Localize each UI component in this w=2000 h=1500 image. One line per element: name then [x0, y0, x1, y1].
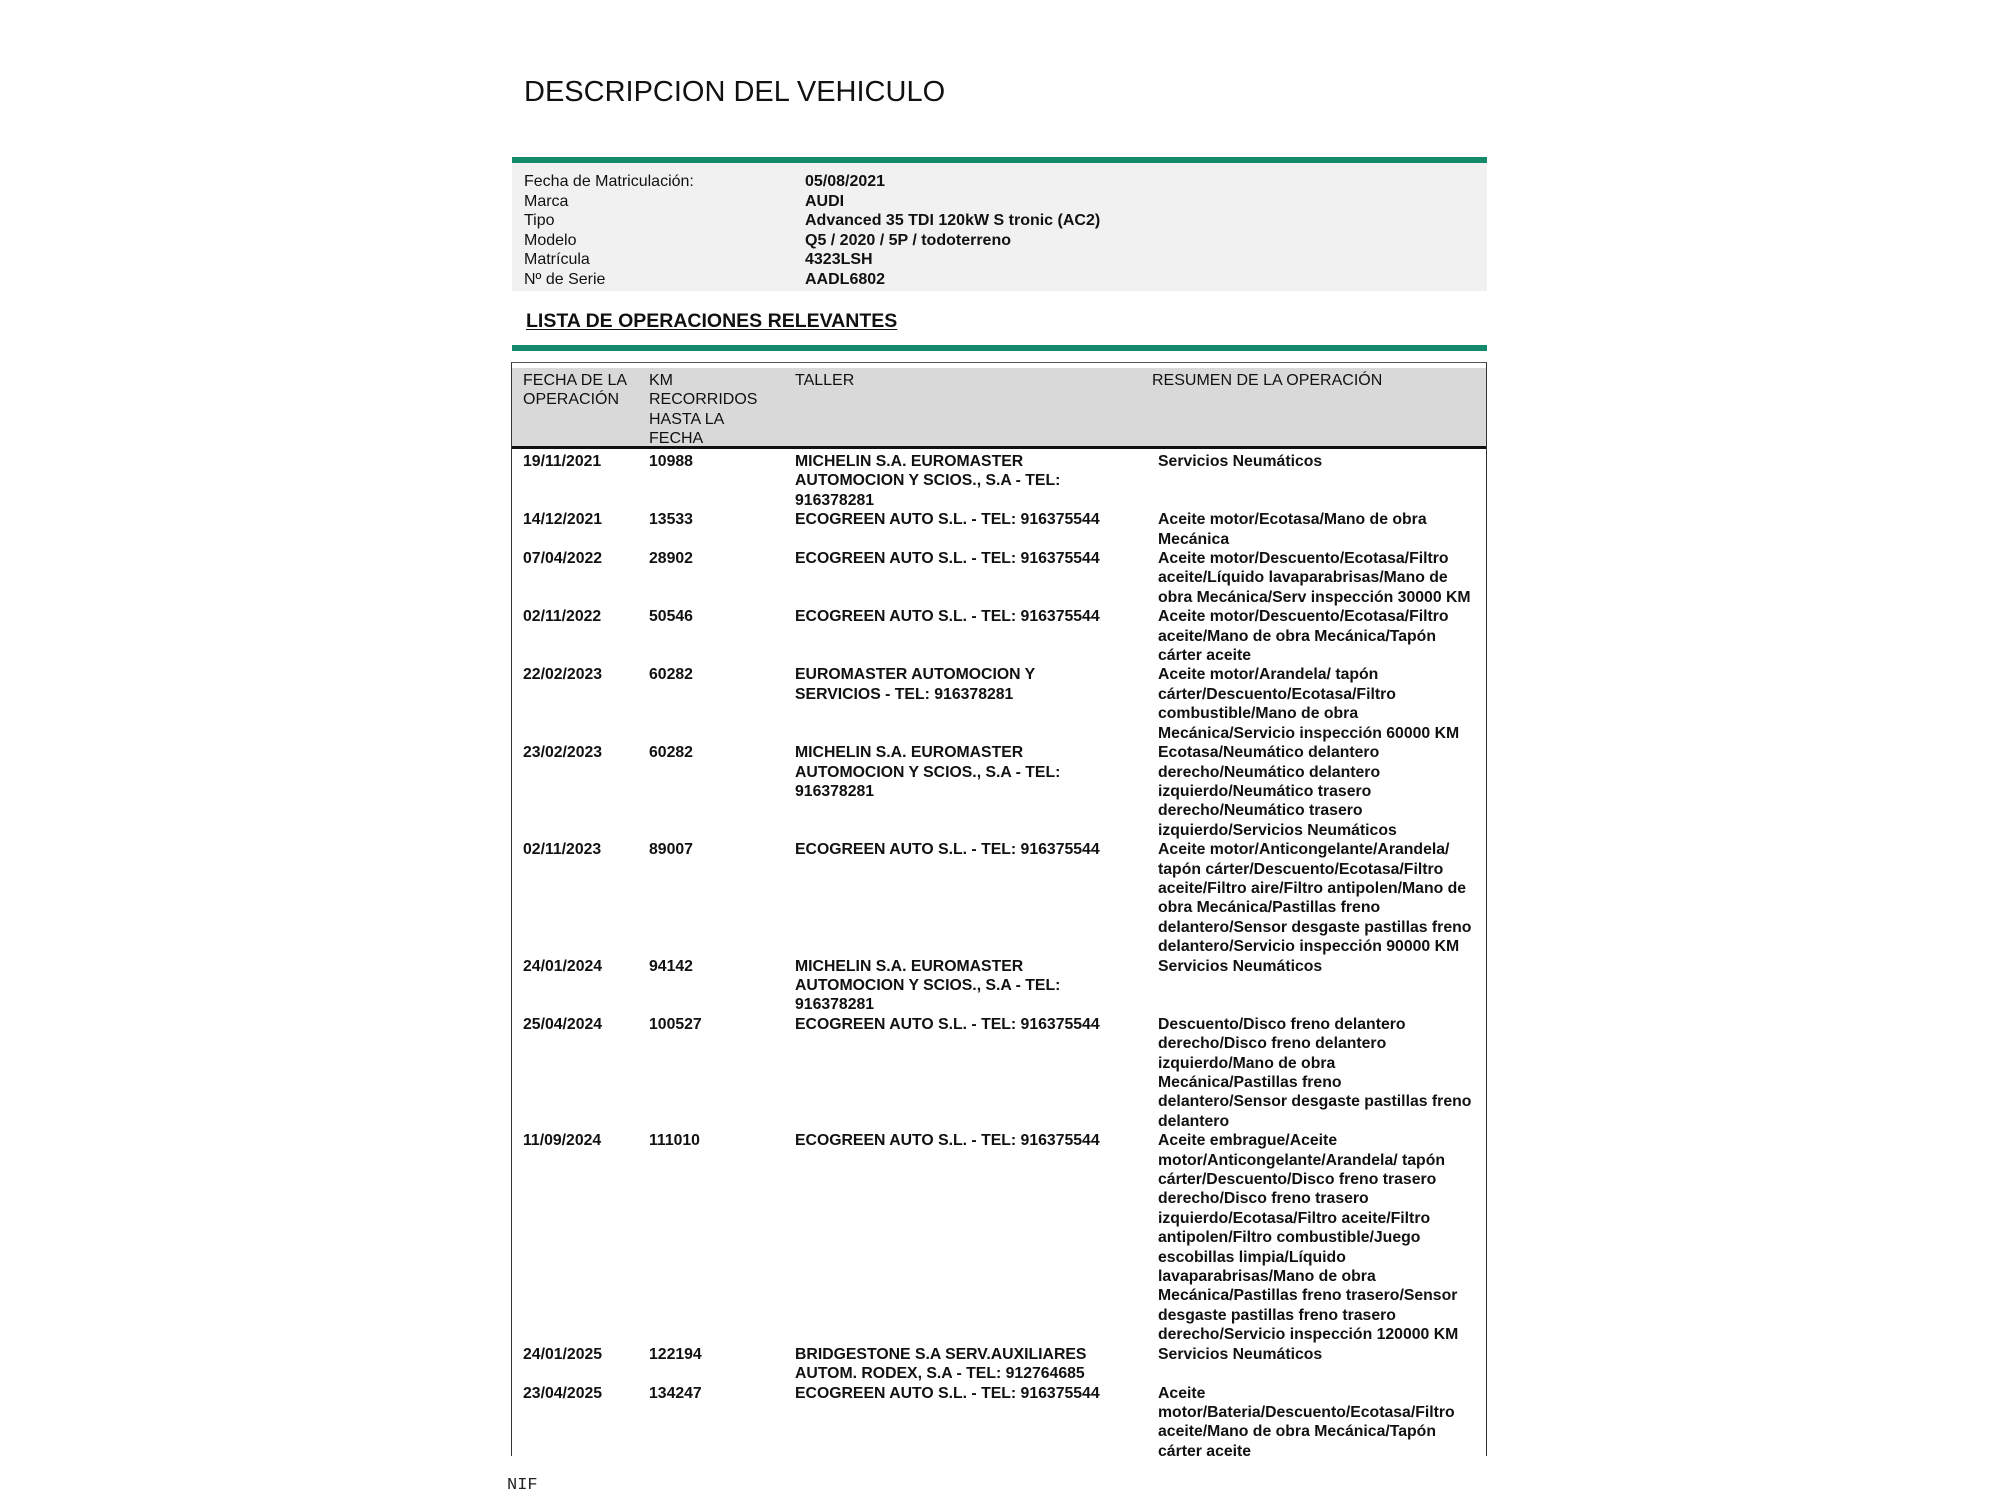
cell-fecha: 22/02/2023 — [512, 665, 638, 743]
cell-taller: ECOGREEN AUTO S.L. - TEL: 916375544 — [784, 549, 1152, 607]
vehicle-info-label: Nº de Serie — [524, 270, 605, 290]
cell-fecha: 23/04/2025 — [512, 1384, 638, 1457]
cell-resumen: Descuento/Disco freno delantero derecho/… — [1152, 1015, 1485, 1131]
cell-fecha: 11/09/2024 — [512, 1131, 638, 1344]
table-row: 24/01/2025122194BRIDGESTONE S.A SERV.AUX… — [512, 1345, 1486, 1384]
cell-fecha: 02/11/2023 — [512, 840, 638, 956]
cell-km: 89007 — [638, 840, 784, 956]
cell-taller: MICHELIN S.A. EUROMASTER AUTOMOCION Y SC… — [784, 743, 1152, 840]
vehicle-info-row: TipoAdvanced 35 TDI 120kW S tronic (AC2) — [524, 211, 1484, 231]
cell-taller: ECOGREEN AUTO S.L. - TEL: 916375544 — [784, 1015, 1152, 1131]
cell-fecha: 19/11/2021 — [512, 452, 638, 510]
vehicle-info-value: 05/08/2021 — [805, 172, 885, 192]
vehicle-info-value: AUDI — [805, 192, 844, 212]
column-header-taller: TALLER — [795, 371, 854, 390]
cell-resumen: Aceite motor/Bateria/Descuento/Ecotasa/F… — [1152, 1384, 1485, 1457]
vehicle-info-label: Modelo — [524, 231, 576, 251]
vehicle-info-row: Nº de SerieAADL6802 — [524, 270, 1484, 290]
table-row: 07/04/202228902ECOGREEN AUTO S.L. - TEL:… — [512, 549, 1486, 607]
table-row: 19/11/202110988MICHELIN S.A. EUROMASTER … — [512, 452, 1486, 510]
cell-fecha: 07/04/2022 — [512, 549, 638, 607]
column-header-resumen: RESUMEN DE LA OPERACIÓN — [1152, 371, 1382, 390]
table-row: 23/04/2025134247ECOGREEN AUTO S.L. - TEL… — [512, 1384, 1486, 1457]
cell-resumen: Ecotasa/Neumático delantero derecho/Neum… — [1152, 743, 1485, 840]
section-divider-operations — [512, 345, 1487, 351]
cell-km: 100527 — [638, 1015, 784, 1131]
cell-km: 10988 — [638, 452, 784, 510]
cell-km: 111010 — [638, 1131, 784, 1344]
cell-taller: ECOGREEN AUTO S.L. - TEL: 916375544 — [784, 1384, 1152, 1457]
cell-km: 60282 — [638, 743, 784, 840]
vehicle-info-row: Fecha de Matriculación:05/08/2021 — [524, 172, 1484, 192]
column-header-km: KM RECORRIDOS HASTA LA FECHA — [649, 371, 757, 449]
table-body: 19/11/202110988MICHELIN S.A. EUROMASTER … — [512, 452, 1486, 1456]
vehicle-info-value: 4323LSH — [805, 250, 873, 270]
vehicle-info-value: Advanced 35 TDI 120kW S tronic (AC2) — [805, 211, 1100, 231]
cell-fecha: 23/02/2023 — [512, 743, 638, 840]
table-row: 25/04/2024100527ECOGREEN AUTO S.L. - TEL… — [512, 1015, 1486, 1131]
table-row: 02/11/202250546ECOGREEN AUTO S.L. - TEL:… — [512, 607, 1486, 665]
cell-taller: ECOGREEN AUTO S.L. - TEL: 916375544 — [784, 607, 1152, 665]
cell-km: 94142 — [638, 957, 784, 1015]
column-header-fecha: FECHA DE LA OPERACIÓN — [523, 371, 627, 410]
cell-km: 28902 — [638, 549, 784, 607]
vehicle-info-label: Tipo — [524, 211, 555, 231]
vehicle-info-row: MarcaAUDI — [524, 192, 1484, 212]
cell-resumen: Servicios Neumáticos — [1152, 1345, 1485, 1384]
table-row: 24/01/202494142MICHELIN S.A. EUROMASTER … — [512, 957, 1486, 1015]
cell-taller: ECOGREEN AUTO S.L. - TEL: 916375544 — [784, 840, 1152, 956]
cell-fecha: 24/01/2024 — [512, 957, 638, 1015]
cell-resumen: Aceite motor/Anticongelante/Arandela/ ta… — [1152, 840, 1485, 956]
cell-km: 134247 — [638, 1384, 784, 1457]
vehicle-info-value: AADL6802 — [805, 270, 885, 290]
cell-fecha: 24/01/2025 — [512, 1345, 638, 1384]
table-header: FECHA DE LA OPERACIÓN KM RECORRIDOS HAST… — [512, 368, 1486, 449]
cell-taller: EUROMASTER AUTOMOCION Y SERVICIOS - TEL:… — [784, 665, 1152, 743]
document-title: DESCRIPCION DEL VEHICULO — [524, 74, 945, 110]
table-row: 22/02/202360282EUROMASTER AUTOMOCION Y S… — [512, 665, 1486, 743]
nif-label: NIF — [507, 1476, 538, 1496]
vehicle-info-row: ModeloQ5 / 2020 / 5P / todoterreno — [524, 231, 1484, 251]
cell-km: 50546 — [638, 607, 784, 665]
table-row: 02/11/202389007ECOGREEN AUTO S.L. - TEL:… — [512, 840, 1486, 956]
vehicle-info-row: Matrícula4323LSH — [524, 250, 1484, 270]
cell-resumen: Servicios Neumáticos — [1152, 452, 1485, 510]
table-row: 14/12/202113533ECOGREEN AUTO S.L. - TEL:… — [512, 510, 1486, 549]
operations-heading: LISTA DE OPERACIONES RELEVANTES — [526, 309, 897, 333]
cell-km: 60282 — [638, 665, 784, 743]
vehicle-info-label: Marca — [524, 192, 568, 212]
cell-resumen: Servicios Neumáticos — [1152, 957, 1485, 1015]
cell-taller: ECOGREEN AUTO S.L. - TEL: 916375544 — [784, 510, 1152, 549]
cell-resumen: Aceite motor/Descuento/Ecotasa/Filtro ac… — [1152, 607, 1485, 665]
cell-resumen: Aceite motor/Ecotasa/Mano de obra Mecáni… — [1152, 510, 1485, 549]
cell-taller: MICHELIN S.A. EUROMASTER AUTOMOCION Y SC… — [784, 452, 1152, 510]
cell-fecha: 25/04/2024 — [512, 1015, 638, 1131]
table-row: 11/09/2024111010ECOGREEN AUTO S.L. - TEL… — [512, 1131, 1486, 1344]
cell-taller: MICHELIN S.A. EUROMASTER AUTOMOCION Y SC… — [784, 957, 1152, 1015]
cell-taller: ECOGREEN AUTO S.L. - TEL: 916375544 — [784, 1131, 1152, 1344]
cell-km: 122194 — [638, 1345, 784, 1384]
cell-resumen: Aceite motor/Descuento/Ecotasa/Filtro ac… — [1152, 549, 1485, 607]
cell-fecha: 14/12/2021 — [512, 510, 638, 549]
table-row: 23/02/202360282MICHELIN S.A. EUROMASTER … — [512, 743, 1486, 840]
cell-resumen: Aceite embrague/Aceite motor/Anticongela… — [1152, 1131, 1485, 1344]
cell-resumen: Aceite motor/Arandela/ tapón cárter/Desc… — [1152, 665, 1485, 743]
cell-km: 13533 — [638, 510, 784, 549]
operations-table: FECHA DE LA OPERACIÓN KM RECORRIDOS HAST… — [511, 362, 1487, 1456]
vehicle-info-value: Q5 / 2020 / 5P / todoterreno — [805, 231, 1011, 251]
cell-fecha: 02/11/2022 — [512, 607, 638, 665]
cell-taller: BRIDGESTONE S.A SERV.AUXILIARES AUTOM. R… — [784, 1345, 1152, 1384]
vehicle-info-label: Fecha de Matriculación: — [524, 172, 694, 192]
vehicle-info-label: Matrícula — [524, 250, 590, 270]
vehicle-info-panel: Fecha de Matriculación:05/08/2021MarcaAU… — [512, 163, 1487, 291]
